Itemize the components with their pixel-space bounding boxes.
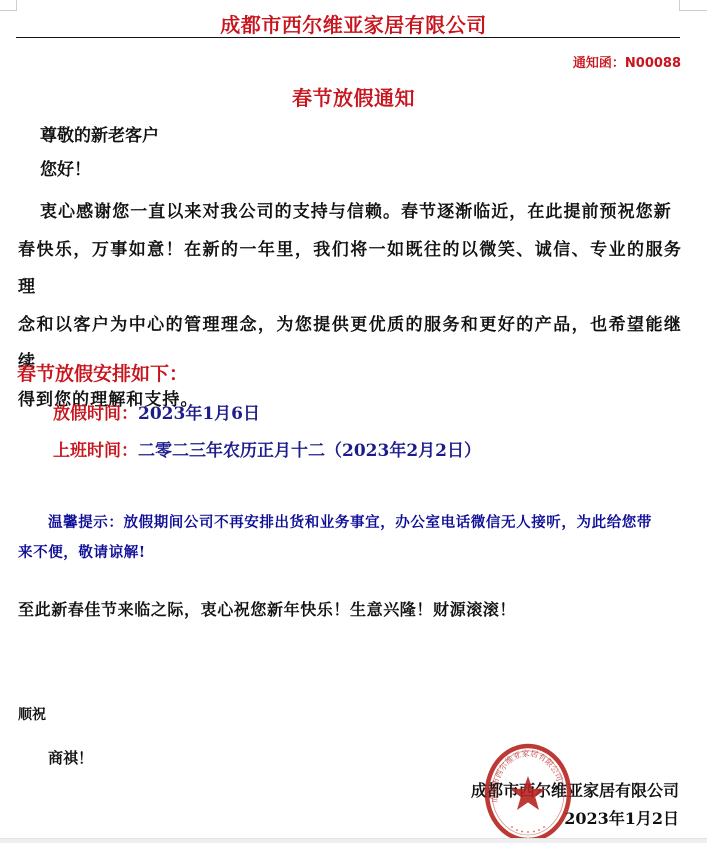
new-year-wishes: 至此新春佳节来临之际，衷心祝您新年快乐！生意兴隆！财源滚滚！ [18, 597, 516, 620]
notice-title: 春节放假通知 [0, 82, 707, 111]
company-letterhead: 成都市西尔维亚家居有限公司 [0, 9, 707, 38]
letterhead-rule [16, 37, 680, 38]
greeting: 您好！ [40, 155, 91, 180]
body-line: 衷心感谢您一直以来对我公司的支持与信赖。春节逐渐临近，在此提前预祝您新 [18, 194, 682, 232]
work-resume-row: 上班时间：二零二三年农历正月十二（2023年2月2日） [53, 436, 481, 461]
holiday-time-label: 放假时间： [53, 404, 138, 424]
work-resume-value: 二零二三年农历正月十二（2023年2月2日） [138, 441, 481, 461]
salutation: 尊敬的新老客户 [40, 121, 159, 146]
body-line: 春快乐，万事如意！在新的一年里，我们将一如既往的以微笑、诚信、专业的服务理 [18, 232, 682, 307]
notice-number: 通知函：N00088 [573, 52, 681, 71]
closing-cheers: 商祺！ [48, 747, 93, 768]
warm-tip-line: 温馨提示：放假期间公司不再安排出货和业务事宜，办公室电话微信无人接听，为此给您带 [18, 508, 684, 538]
warm-tip: 温馨提示：放假期间公司不再安排出货和业务事宜，办公室电话微信无人接听，为此给您带… [18, 508, 684, 568]
signature-company: 成都市西尔维亚家居有限公司 [471, 778, 679, 801]
warm-tip-line: 来不便，敬请谅解! [18, 538, 684, 568]
signature-date: 2023年1月2日 [564, 806, 679, 829]
page-bottom-edge [0, 838, 707, 843]
closing-regards: 顺祝 [18, 704, 46, 724]
holiday-time-row: 放假时间：2023年1月6日 [53, 399, 260, 424]
work-resume-label: 上班时间： [53, 441, 138, 461]
holiday-time-value: 2023年1月6日 [138, 404, 260, 424]
schedule-heading: 春节放假安排如下： [17, 359, 188, 386]
